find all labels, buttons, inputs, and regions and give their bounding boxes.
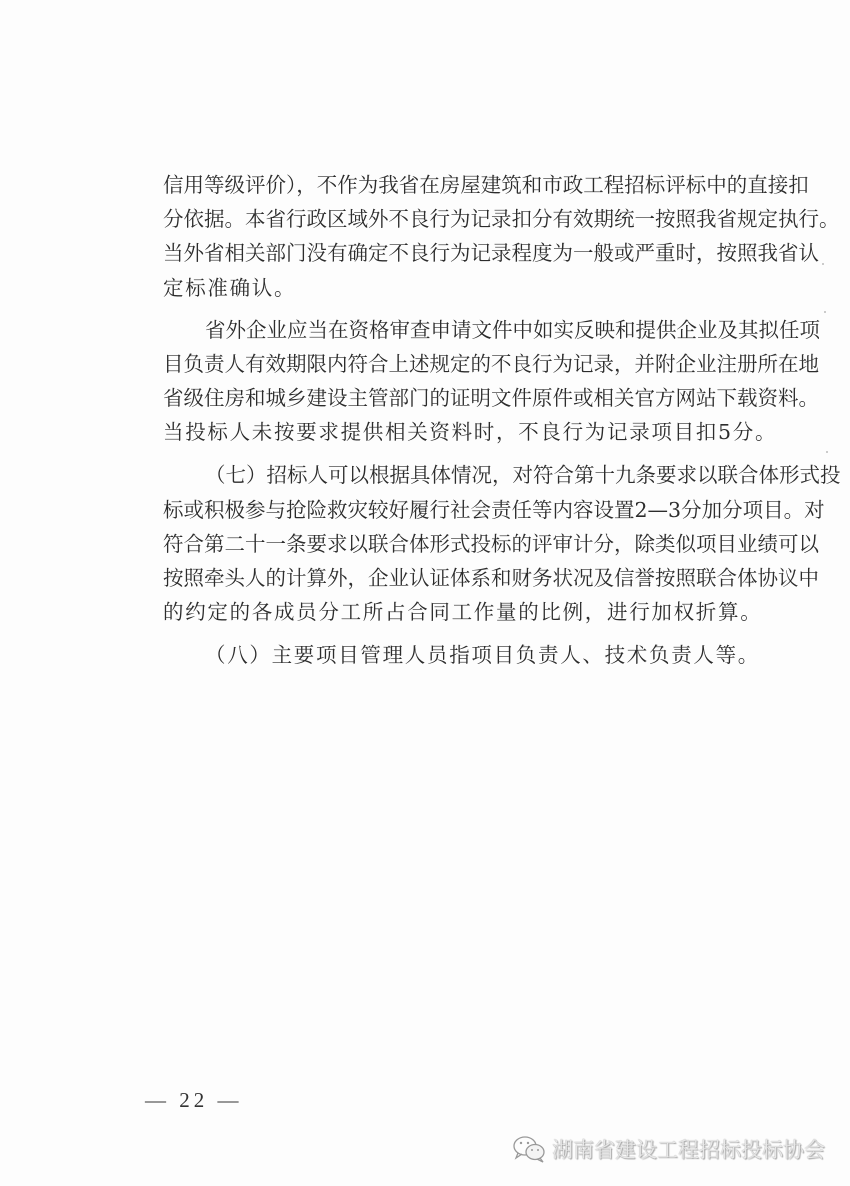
document-page: 信用等级评价），不作为我省在房屋建筑和市政工程招标评标中的直接扣分依据。本省行政…	[0, 0, 850, 1186]
scan-speck	[822, 263, 824, 265]
text-line: （八）主要项目管理人员指项目负责人、技术负责人等。	[205, 638, 763, 672]
text-line: 省外企业应当在资格审查申请文件中如实反映和提供企业及其拟任项	[205, 313, 763, 347]
text-line: （七）招标人可以根据具体情况，对符合第十九条要求以联合体形式投	[205, 458, 763, 492]
text-line: 省级住房和城乡建设主管部门的证明文件原件或相关官方网站下载资料。	[163, 381, 763, 415]
text-line: 分依据。本省行政区域外不良行为记录扣分有效期统一按照我省规定执行。	[163, 202, 763, 236]
wechat-icon	[512, 1134, 548, 1164]
scan-speck	[824, 311, 826, 313]
watermark-text: 湖南省建设工程招标投标协会	[552, 1134, 825, 1164]
text-line: 的约定的各成员分工所占合同工作量的比例，进行加权折算。	[163, 595, 763, 629]
text-line: 标或积极参与抢险救灾较好履行社会责任等内容设置2—3分加分项目。对	[163, 493, 763, 527]
scan-speck	[826, 451, 828, 453]
text-line: 按照牵头人的计算外，企业认证体系和财务状况及信誉按照联合体协议中	[163, 561, 763, 595]
text-line: 信用等级评价），不作为我省在房屋建筑和市政工程招标评标中的直接扣	[163, 168, 763, 202]
watermark: 湖南省建设工程招标投标协会	[512, 1133, 825, 1165]
text-line: 定标准确认。	[163, 271, 763, 305]
page-number: — 22 —	[145, 1088, 243, 1113]
text-line: 当投标人未按要求提供相关资料时，不良行为记录项目扣5分。	[163, 415, 763, 449]
text-line: 目负责人有效期限内符合上述规定的不良行为记录，并附企业注册所在地	[163, 347, 763, 381]
text-line: 符合第二十一条要求以联合体形式投标的评审计分，除类似项目业绩可以	[163, 527, 763, 561]
text-line: 当外省相关部门没有确定不良行为记录程度为一般或严重时，按照我省认	[163, 236, 763, 270]
